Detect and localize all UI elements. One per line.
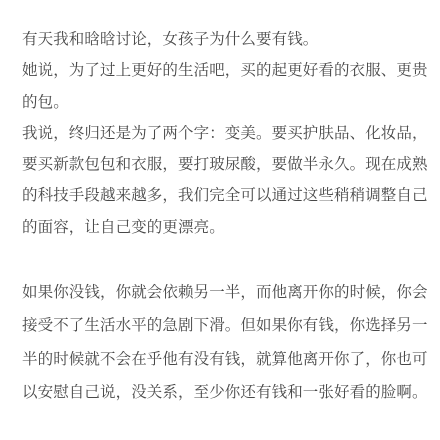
- text-line: 以安慰自己说，没关系，至少你还有钱和一张好看的脸啊。: [22, 376, 428, 409]
- text-line: 有天我和晗晗讨论，女孩子为什么要有钱。: [22, 24, 428, 55]
- text-line: 她说，为了过上更好的生活吧，买的起更好看的衣服、更贵: [22, 55, 428, 86]
- text-line: 接受不了生活水平的急剧下滑。但如果你有钱，你选择另一: [22, 309, 428, 342]
- page: { "colors": { "background": "#ffffff", "…: [0, 0, 440, 440]
- text-line: 要买新款包包和衣服，要打玻尿酸，要做半永久。现在成熟: [22, 149, 428, 180]
- text-line: 我说，终归还是为了两个字：变美。要买护肤品、化妆品，: [22, 118, 428, 149]
- paragraph-block-top: 有天我和晗晗讨论，女孩子为什么要有钱。 她说，为了过上更好的生活吧，买的起更好看…: [22, 24, 428, 243]
- text-line: 的包。: [22, 87, 428, 118]
- text-line: 半的时候就不会在乎他有没有钱，就算他离开你了，你也可: [22, 343, 428, 376]
- text-line: 如果你没钱，你就会依赖另一半，而他离开你的时候，你会: [22, 276, 428, 309]
- paragraph-block-bottom: 如果你没钱，你就会依赖另一半，而他离开你的时候，你会 接受不了生活水平的急剧下滑…: [22, 276, 428, 410]
- text-line: 的面容，让自己变的更漂亮。: [22, 212, 428, 243]
- article-text: 有天我和晗晗讨论，女孩子为什么要有钱。 她说，为了过上更好的生活吧，买的起更好看…: [0, 0, 440, 440]
- text-line: 的科技手段越来越多，我们完全可以通过这些稍稍调整自己: [22, 180, 428, 211]
